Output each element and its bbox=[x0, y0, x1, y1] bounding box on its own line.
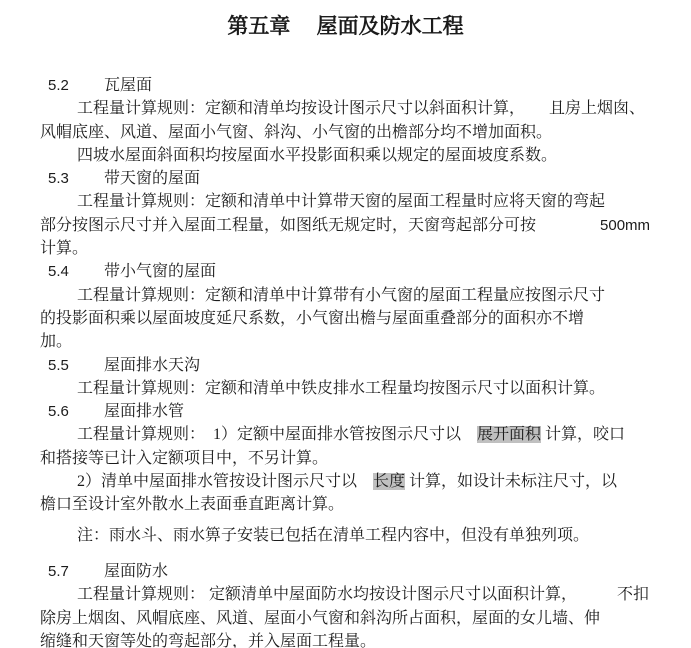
section-5-7-title: 屋面防水 bbox=[104, 563, 168, 580]
section-5-3-number: 5.3 bbox=[48, 167, 104, 190]
s55-paragraph-line-1: 工程量计算规则：定额和清单中铁皮排水工程量均按图示尺寸以面积计算。 bbox=[0, 377, 691, 400]
s54-paragraph-line-2: 的投影面积乘以屋面坡度延尺系数，小气窗出檐与屋面重叠部分的面积亦不增 bbox=[0, 307, 691, 330]
s57-paragraph-line-2: 除房上烟囱、风帽底座、风道、屋面小气窗和斜沟所占面积，屋面的女儿墙、伸 bbox=[0, 607, 691, 630]
document-body: 5.2瓦屋面 工程量计算规则：定额和清单均按设计图示尺寸以斜面积计算， 且房上烟… bbox=[0, 74, 691, 648]
section-5-4-number: 5.4 bbox=[48, 260, 104, 283]
s57-paragraph-line-1: 工程量计算规则： 定额清单中屋面防水均按设计图示尺寸以面积计算， 不扣 bbox=[0, 583, 691, 606]
section-5-4-heading: 5.4带小气窗的屋面 bbox=[0, 260, 691, 283]
s56-line-1-pre: 工程量计算规则： 1）定额中屋面排水管按图示尺寸以 bbox=[77, 426, 477, 443]
s53-line-2-text: 部分按图示尺寸并入屋面工程量，如图纸无规定时，天窗弯起部分可按 bbox=[40, 217, 600, 234]
section-5-2-number: 5.2 bbox=[48, 74, 104, 97]
section-5-2-heading: 5.2瓦屋面 bbox=[0, 74, 691, 97]
s53-paragraph-line-1: 工程量计算规则：定额和清单中计算带天窗的屋面工程量时应将天窗的弯起 bbox=[0, 190, 691, 213]
s52-paragraph-line-1: 工程量计算规则：定额和清单均按设计图示尺寸以斜面积计算， 且房上烟囱、 bbox=[0, 97, 691, 120]
section-5-5-number: 5.5 bbox=[48, 354, 104, 377]
s56-highlight-length: 长度 bbox=[373, 473, 405, 490]
s56-paragraph-line-1: 工程量计算规则： 1）定额中屋面排水管按图示尺寸以 展开面积 计算，咬口 bbox=[0, 423, 691, 446]
s53-paragraph-line-2: 部分按图示尺寸并入屋面工程量，如图纸无规定时，天窗弯起部分可按 500mm bbox=[0, 214, 691, 237]
section-5-7-number: 5.7 bbox=[48, 560, 104, 583]
s56-paragraph-line-2: 和搭接等已计入定额项目中，不另计算。 bbox=[0, 447, 691, 470]
s54-paragraph-line-3: 加。 bbox=[0, 330, 691, 353]
s53-paragraph-line-3: 计算。 bbox=[0, 237, 691, 260]
section-5-6-title: 屋面排水管 bbox=[104, 403, 184, 420]
s56-line-3-pre: 2）清单中屋面排水管按设计图示尺寸以 bbox=[77, 473, 373, 490]
s56-paragraph-line-3: 2）清单中屋面排水管按设计图示尺寸以 长度 计算，如设计未标注尺寸，以 bbox=[0, 470, 691, 493]
s52-paragraph-line-3: 四坡水屋面斜面积均按屋面水平投影面积乘以规定的屋面坡度系数。 bbox=[0, 144, 691, 167]
s53-value-500mm: 500mm bbox=[600, 217, 650, 234]
s57-paragraph-line-3: 缩缝和天窗等处的弯起部分，并入屋面工程量。 bbox=[0, 630, 691, 648]
section-5-7-heading: 5.7屋面防水 bbox=[0, 560, 691, 583]
section-5-5-title: 屋面排水天沟 bbox=[104, 357, 200, 374]
section-5-3-title: 带天窗的屋面 bbox=[104, 170, 200, 187]
section-5-5-heading: 5.5屋面排水天沟 bbox=[0, 354, 691, 377]
section-5-2-title: 瓦屋面 bbox=[104, 77, 152, 94]
section-5-6-number: 5.6 bbox=[48, 400, 104, 423]
s56-highlight-expanded-area: 展开面积 bbox=[477, 426, 541, 443]
s56-line-1-post: 计算，咬口 bbox=[541, 426, 625, 443]
chapter-title: 第五章 屋面及防水工程 bbox=[0, 0, 691, 39]
section-5-3-heading: 5.3带天窗的屋面 bbox=[0, 167, 691, 190]
s56-paragraph-line-4: 檐口至设计室外散水上表面垂直距离计算。 bbox=[0, 493, 691, 516]
s56-line-3-post: 计算，如设计未标注尺寸，以 bbox=[405, 473, 617, 490]
document-page: 第五章 屋面及防水工程 5.2瓦屋面 工程量计算规则：定额和清单均按设计图示尺寸… bbox=[0, 0, 691, 648]
s52-paragraph-line-2: 风帽底座、风道、屋面小气窗、斜沟、小气窗的出檐部分均不增加面积。 bbox=[0, 121, 691, 144]
s54-paragraph-line-1: 工程量计算规则：定额和清单中计算带有小气窗的屋面工程量应按图示尺寸 bbox=[0, 284, 691, 307]
s56-note-line: 注：雨水斗、雨水箅子安装已包括在清单工程内容中，但没有单独列项。 bbox=[0, 524, 691, 547]
section-5-6-heading: 5.6屋面排水管 bbox=[0, 400, 691, 423]
section-5-4-title: 带小气窗的屋面 bbox=[104, 263, 216, 280]
